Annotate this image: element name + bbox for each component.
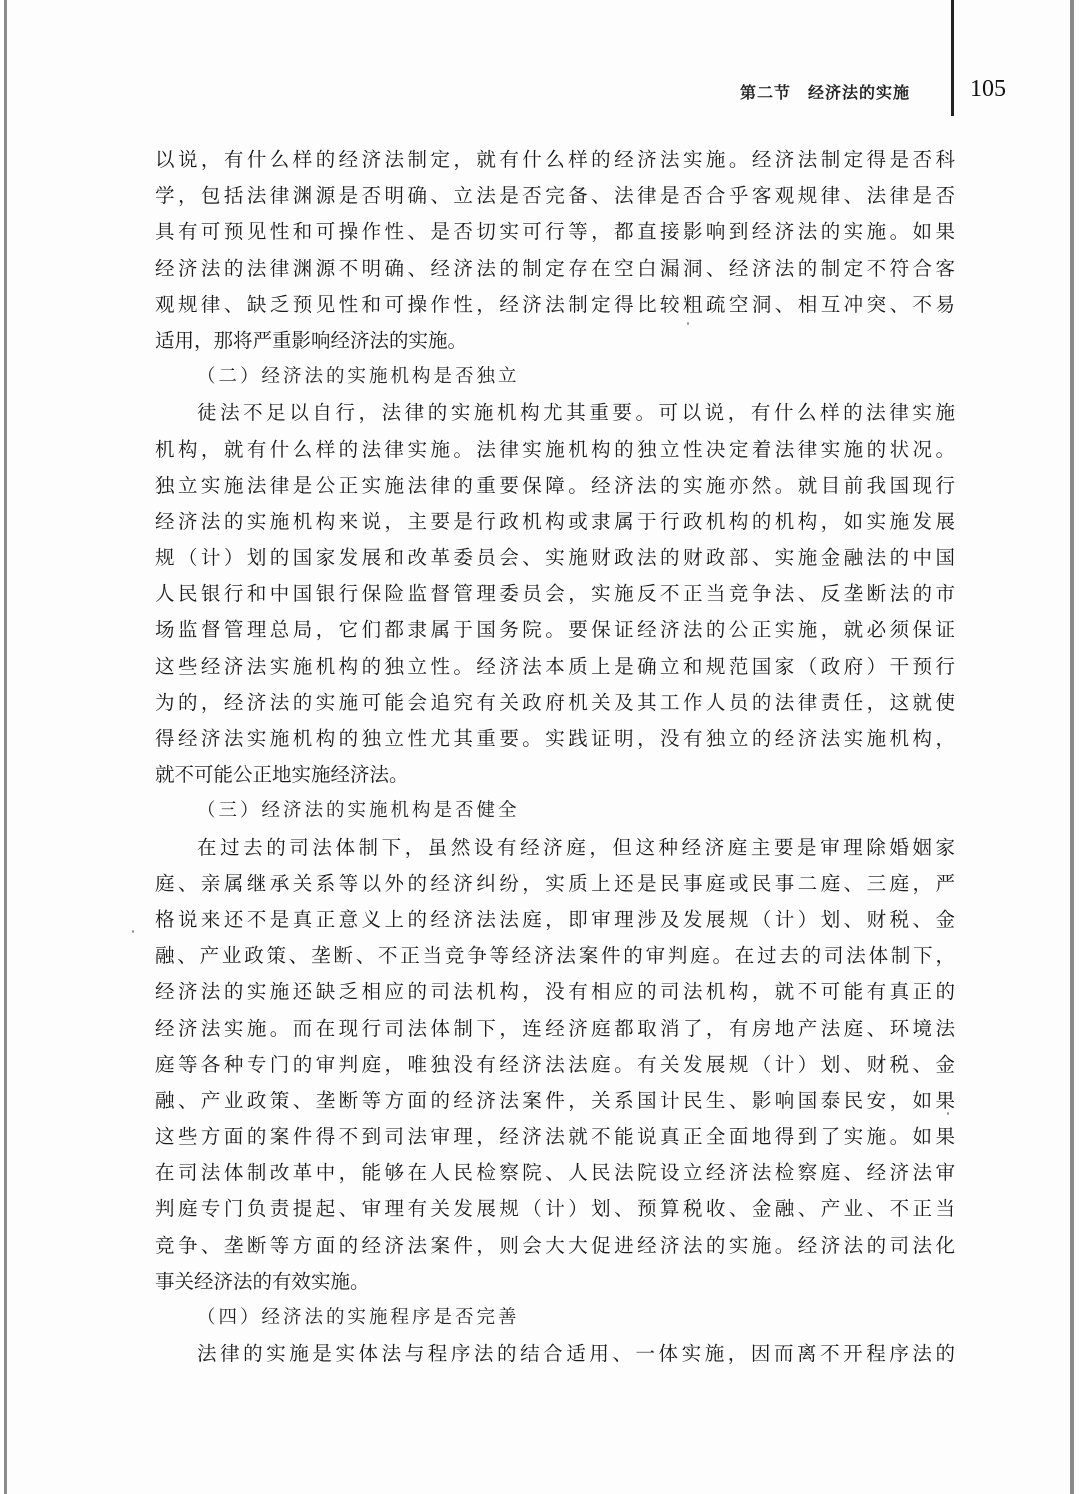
text-line: 这些经济法实施机构的独立性。经济法本质上是确立和规范国家（政府）干预行 [155, 649, 955, 685]
text-line: 为的，经济法的实施可能会追究有关政府机关及其工作人员的法律责任，这就使 [155, 685, 955, 721]
text-line: 这些方面的案件得不到司法审理，经济法就不能说真正全面地得到了实施。如果 [155, 1119, 955, 1155]
text-line: 独立实施法律是公正实施法律的重要保障。经济法的实施亦然。就目前我国现行 [155, 468, 955, 504]
running-header: 第二节 经济法的实施 105 [7, 0, 1070, 120]
book-page: 第二节 经济法的实施 105 以说，有什么样的经济法制定，就有什么样的经济法实施… [4, 0, 1074, 1494]
text-line: 经济法的法律渊源不明确、经济法的制定存在空白漏洞、经济法的制定不符合客 [155, 251, 955, 287]
text-line: 事关经济法的有效实施。 [155, 1264, 955, 1300]
text-line: 就不可能公正地实施经济法。 [155, 757, 955, 793]
text-line: 具有可预见性和可操作性、是否切实可行等，都直接影响到经济法的实施。如果 [155, 214, 955, 250]
text-line: 在过去的司法体制下，虽然设有经济庭，但这种经济庭主要是审理除婚姻家 [155, 830, 955, 866]
scan-speck [132, 930, 134, 933]
subsection-heading: （二）经济法的实施机构是否独立 [155, 359, 955, 395]
subsection-heading: （四）经济法的实施程序是否完善 [155, 1300, 955, 1336]
text-line: 竞争、垄断等方面的经济法案件，则会大大促进经济法的实施。经济法的司法化 [155, 1228, 955, 1264]
page-number: 105 [970, 76, 1006, 103]
text-line: 经济法实施。而在现行司法体制下，连经济庭都取消了，有房地产法庭、环境法 [155, 1011, 955, 1047]
text-line: 融、产业政策、垄断、不正当竞争等经济法案件的审判庭。在过去的司法体制下， [155, 938, 955, 974]
body-text: 以说，有什么样的经济法制定，就有什么样的经济法实施。经济法制定得是否科 学，包括… [155, 142, 955, 1372]
text-line: 场监督管理总局，它们都隶属于国务院。要保证经济法的公正实施，就必须保证 [155, 612, 955, 648]
text-line: 徒法不足以自行，法律的实施机构尤其重要。可以说，有什么样的法律实施 [155, 395, 955, 431]
text-line: 判庭专门负责提起、审理有关发展规（计）划、预算税收、金融、产业、不正当 [155, 1191, 955, 1227]
subsection-heading: （三）经济法的实施机构是否健全 [155, 793, 955, 829]
text-line: 规（计）划的国家发展和改革委员会、实施财政法的财政部、实施金融法的中国 [155, 540, 955, 576]
text-line: 机构，就有什么样的法律实施。法律实施机构的独立性决定着法律实施的状况。 [155, 432, 955, 468]
text-line: 格说来还不是真正意义上的经济法法庭，即审理涉及发展规（计）划、财税、金 [155, 902, 955, 938]
scan-speck [947, 1112, 949, 1115]
text-line: 庭等各种专门的审判庭，唯独没有经济法法庭。有关发展规（计）划、财税、金 [155, 1047, 955, 1083]
header-divider [951, 0, 954, 116]
text-line: 以说，有什么样的经济法制定，就有什么样的经济法实施。经济法制定得是否科 [155, 142, 955, 178]
text-line: 人民银行和中国银行保险监督管理委员会，实施反不正当竞争法、反垄断法的市 [155, 576, 955, 612]
text-line: 在司法体制改革中，能够在人民检察院、人民法院设立经济法检察庭、经济法审 [155, 1155, 955, 1191]
text-line: 学，包括法律渊源是否明确、立法是否完备、法律是否合乎客观规律、法律是否 [155, 178, 955, 214]
text-line: 庭、亲属继承关系等以外的经济纠纷，实质上还是民事庭或民事二庭、三庭，严 [155, 866, 955, 902]
text-line: 适用，那将严重影响经济法的实施。 [155, 323, 955, 359]
scan-speck [687, 322, 689, 325]
text-line: 融、产业政策、垄断等方面的经济法案件，关系国计民生、影响国泰民安，如果 [155, 1083, 955, 1119]
scan-speck [627, 915, 629, 918]
text-line: 得经济法实施机构的独立性尤其重要。实践证明，没有独立的经济法实施机构， [155, 721, 955, 757]
text-line: 观规律、缺乏预见性和可操作性，经济法制定得比较粗疏空洞、相互冲突、不易 [155, 287, 955, 323]
text-line: 经济法的实施机构来说，主要是行政机构或隶属于行政机构的机构，如实施发展 [155, 504, 955, 540]
text-line: 经济法的实施还缺乏相应的司法机构，没有相应的司法机构，就不可能有真正的 [155, 974, 955, 1010]
section-title: 第二节 经济法的实施 [740, 80, 910, 103]
text-line: 法律的实施是实体法与程序法的结合适用、一体实施，因而离不开程序法的 [155, 1336, 955, 1372]
